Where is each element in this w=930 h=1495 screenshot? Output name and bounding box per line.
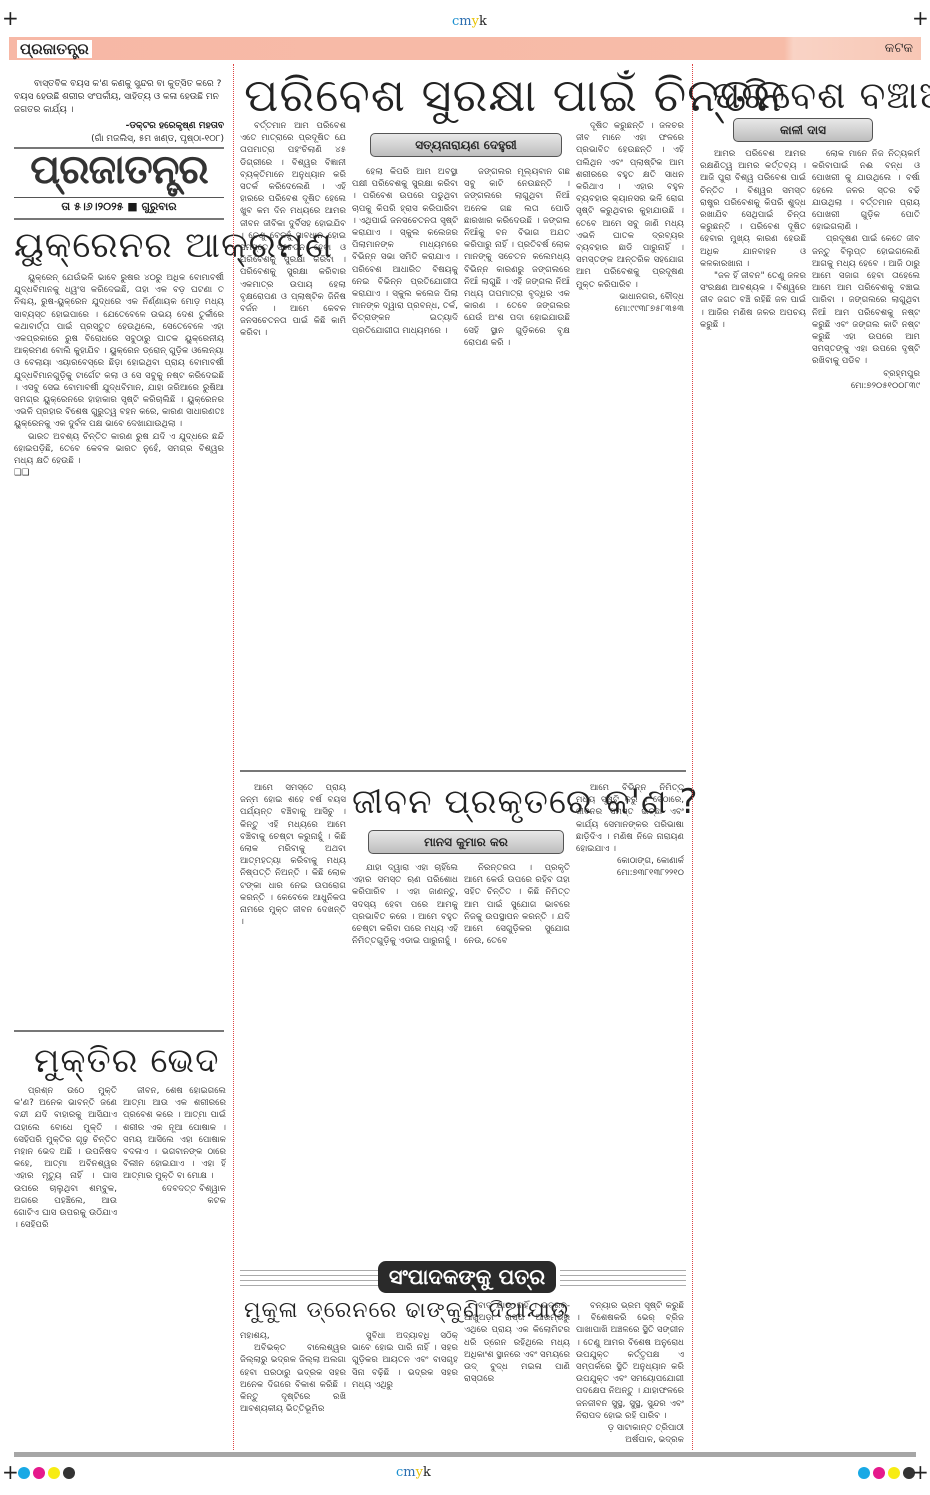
divider	[14, 1030, 224, 1032]
letters-section-banner: ସଂପାଦକଙ୍କୁ ପତ୍ର	[378, 1261, 556, 1293]
quote-author: -ଡକ୍ଟର ହରେକୃଷ୍ଣ ମହତାବ	[14, 120, 224, 133]
column-author: ଦେବଦତ୍ତ ବିଶ୍ୱାଳ	[123, 1183, 226, 1195]
right-headline: ପରିବେଶ ବଞ୍ଚାଅ	[712, 76, 930, 114]
banner-lines-left	[240, 1266, 380, 1288]
right-phone: ମୋ:୭୨୦୫୧୦୦୮୩୯	[812, 380, 920, 392]
quote-source: (ଗାଁ ମଜଲିସ୍, ୫ମ ଖଣ୍ଡ, ପୃଷ୍ଠା-୧୦୮)	[14, 133, 224, 146]
right-place: ବ୍ରହ୍ମପୁର	[812, 368, 920, 380]
right-byline: କାଳୀ ଦାସ	[733, 118, 873, 142]
dateline: ତା ୫।୬।୨୦୨୫ ■ ଗୁରୁବାର	[14, 200, 224, 214]
column-headline: ମୁକ୍ତିର ଭେଦ	[34, 1044, 220, 1078]
lead-headline: ପରିବେଶ ସୁରକ୍ଷା ପାଇଁ ଚିନ୍ତନ	[244, 72, 786, 118]
lead-body-col3: ଜଙ୍ଗଲର ମୂଲ୍ୟବାନ ଗଛ ସବୁ କାଟି ନେଉଛନ୍ତି । ଜ…	[464, 166, 570, 760]
lead-body-col2: ହେଲା କିପରି ଆମ ଅବସ୍ଥା ପକ୍ଷୀ ପରିବେଶକୁ ସୁରକ…	[352, 166, 458, 760]
second-body-col3: ନିରନ୍ତରତା । ପ୍ରକୃତି ଆମେ କେଉଁ ଉପରେ ରହିବ ତ…	[464, 862, 570, 1252]
second-body-col4: ଆମେ ବିଭିନ୍ନ ନିମିତ୍ତ ମଧ୍ୟ ସୃଷ୍ଟି କରୁ । ସେ…	[576, 782, 684, 1252]
second-byline: ମାନସ କୁମାର କର	[368, 830, 564, 854]
right-body-col1: ଆମର ପରିବେଶ ଆମର ରକ୍ଷଣିତ୍ୱ ଆମର କର୍ତ୍ତବ୍ୟ ।…	[700, 148, 806, 1448]
cyan-dot	[858, 1467, 870, 1479]
column-body-left: ପ୍ରଶ୍ନ ଉଠେ ମୁକ୍ତି କ'ଣ? ଅନେକ ଭାବନ୍ତି ଜଣେ …	[14, 1085, 117, 1445]
right-body-col2: ଲୋକ ମାନେ ନିଜ ନିତ୍ୟକର୍ମ କରିବାପାଇଁ ନଈ ବନ୍ଧ…	[812, 148, 920, 1448]
second-place: କୋଠାଙ୍ଗ, କୋଣାର୍କ	[576, 855, 684, 867]
second-body-col1: ଆମେ ସମସ୍ତେ ପ୍ରାୟ ଜନ୍ମ ହୋଇ ଶହେ ବର୍ଷ ବୟସ ପ…	[240, 782, 346, 1252]
black-dot	[63, 1467, 75, 1479]
lead-byline: ସତ୍ୟନାରାୟଣ ଦେହୁରୀ	[370, 133, 562, 157]
letter-body-col4: ବନ୍ୟାର ଭ୍ରମ ସୃଷ୍ଟି କରୁଛି । ବିଶେଷକରି ଭେର୍…	[576, 1300, 684, 1448]
edition-city: କଟକ	[885, 41, 913, 56]
footer-bar	[14, 1452, 916, 1457]
letter-author: ଡ଼ ସାଟାକାନ୍ତ ତ୍ରିପାଠୀ	[576, 1422, 684, 1434]
second-phone: ମୋ:୭୩୮୧୩୮୨୨୧୦	[576, 867, 684, 879]
column-separator	[692, 64, 693, 1450]
divider	[14, 218, 224, 220]
color-bar-left	[18, 1467, 75, 1479]
registration-mark-bottom-right: +	[912, 1462, 929, 1482]
column-body-right: ଜୀବନ, ଶେଷ ହୋଇଗଲେ ଆତ୍ମା ଆଉ ଏକ ଶରୀରରେ ପ୍ରବ…	[123, 1085, 226, 1445]
editorial-body: ୟୁକ୍ରେନ୍ ଯେଉଁଭଳି ଭାବେ ରୁଷର ୪୦ରୁ ଅଧିକ ବୋମ…	[14, 272, 224, 1012]
magenta-dot	[33, 1467, 45, 1479]
cmyk-label-top: cmyk	[452, 14, 487, 29]
masthead-bar: ପ୍ରଜାତନ୍ତ୍ର କଟକ	[9, 37, 921, 60]
divider	[240, 770, 686, 772]
yellow-dot	[888, 1467, 900, 1479]
second-body-col2: ଯାହା ଦ୍ୱାରା ଏହା ଚାହିଁଲେ ଏହାର ସମସ୍ତ ଋଣ ପର…	[352, 862, 458, 1252]
letter-salutation: ମହାଶୟ,	[240, 1330, 346, 1342]
lead-body-col4: ଦୂଷିତ କରୁଛନ୍ତି । ଜଳଚର ଜୀବ ମାନେ ଏହା ଫଳରେ …	[576, 120, 684, 760]
registration-mark-top-left: +	[2, 8, 19, 28]
color-bar-right	[858, 1467, 915, 1479]
lead-body-col1: ବର୍ତ୍ତମାନ ଆମ ପରିବେଶ ଏତେ ମାତ୍ରାରେ ପ୍ରଦୂଷି…	[240, 120, 346, 760]
quote-text: ବାସ୍ତବିକ ବୟସ କ'ଣ କଣକୁ ସୁନ୍ଦର ବା କୁତ୍ସିତ …	[14, 78, 224, 117]
registration-mark-bottom-left: +	[2, 1462, 19, 1482]
lead-place: ଭାଧାନଗର, ବୌଦ୍ଧ	[576, 291, 684, 303]
quote-box: ବାସ୍ତବିକ ବୟସ କ'ଣ କଣକୁ ସୁନ୍ଦର ବା କୁତ୍ସିତ …	[14, 78, 224, 146]
brand-logo: ପ୍ରଜାତନ୍ତ୍ର	[17, 40, 92, 58]
banner-lines-right	[560, 1266, 686, 1288]
lead-phone: ମୋ:୯୯୩୮୭୫୮୩୫୩	[576, 303, 684, 315]
yellow-dot	[48, 1467, 60, 1479]
column-separator	[233, 64, 234, 1450]
newspaper-logo: ପ୍ରଜାତନ୍ତ୍ର	[14, 147, 224, 193]
letter-body-col2: ସୁବିଧା ଅଦ୍ୟାବଧି ସଠିକ୍ ଭାବେ ହୋଇ ପାରି ନାହି…	[352, 1330, 458, 1448]
letter-body-col3: ବାଦ୍ ଯାଉ ନାହିଁ । ଭଦ୍ରକ-ଆଖୁଅଡ଼ା ରାସ୍ତା ଆର…	[464, 1300, 570, 1448]
magenta-dot	[873, 1467, 885, 1479]
cyan-dot	[18, 1467, 30, 1479]
cmyk-label-bottom: cmyk	[396, 1465, 431, 1480]
letter-body-col1: ମହାଶୟ, ଅବିଭକ୍ତ ବାଲେଶ୍ୱର ଜିଲ୍ଲାରୁ ଭଦ୍ରକ ଜ…	[240, 1330, 346, 1448]
end-mark: ❑❑	[14, 468, 29, 478]
registration-mark-top-right: +	[912, 8, 929, 28]
letter-place: ଅର୍ଷପାଳ, ଭଦ୍ରକ	[576, 1434, 684, 1446]
divider	[14, 197, 224, 198]
column-place: କଟକ	[123, 1195, 226, 1207]
